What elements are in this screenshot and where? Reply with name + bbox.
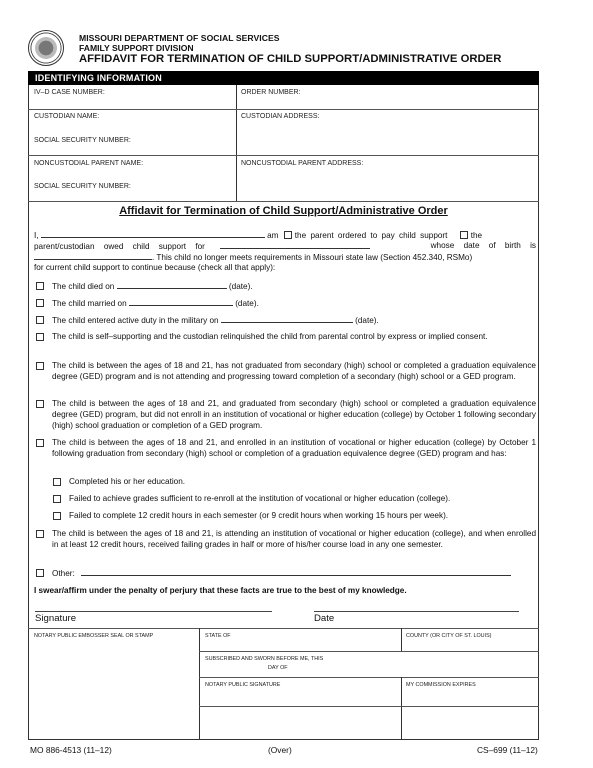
- intro-text: . This child no longer meets requirement…: [152, 253, 472, 262]
- intro-text: whose date of birth is: [431, 240, 536, 251]
- not-graduated-checkbox[interactable]: [36, 362, 44, 370]
- notary-divider: [199, 628, 200, 740]
- signature-label: Signature: [35, 613, 76, 624]
- commission-expires-field[interactable]: MY COMMISSION EXPIRES: [406, 682, 476, 688]
- child-died-checkbox[interactable]: [36, 282, 44, 290]
- divider: [28, 109, 539, 110]
- option-text: The child married on: [52, 299, 127, 308]
- child-dob-field[interactable]: [34, 251, 152, 260]
- noncustodial-name-field[interactable]: NONCUSTODIAL PARENT NAME:: [34, 160, 143, 167]
- other-reason-field[interactable]: [81, 567, 511, 576]
- form-number: MO 886-4513 (11–12): [30, 745, 112, 755]
- child-died-option: The child died on (date).: [52, 280, 253, 292]
- notary-divider: [401, 677, 402, 740]
- failed-grades-option: Failed to achieve grades sufficient to r…: [69, 493, 450, 504]
- other-option: Other:: [52, 567, 511, 579]
- notary-divider: [401, 628, 402, 651]
- notary-signature-field[interactable]: NOTARY PUBLIC SIGNATURE: [205, 682, 280, 688]
- day-of-label: DAY OF: [268, 665, 288, 671]
- division-name: FAMILY SUPPORT DIVISION: [79, 43, 194, 53]
- over-indicator: (Over): [268, 745, 292, 755]
- divider: [199, 706, 539, 707]
- option-text: (date).: [229, 282, 253, 291]
- date-label: Date: [314, 613, 334, 624]
- married-date-field[interactable]: [129, 297, 233, 306]
- not-enrolled-option: The child is between the ages of 18 and …: [52, 398, 536, 431]
- child-name-field[interactable]: [220, 240, 370, 249]
- option-text: (date).: [355, 316, 379, 325]
- parent-pay-checkbox[interactable]: [284, 231, 292, 239]
- not-enrolled-checkbox[interactable]: [36, 400, 44, 408]
- child-military-checkbox[interactable]: [36, 316, 44, 324]
- option-text: The child entered active duty in the mil…: [52, 316, 219, 325]
- date-line[interactable]: [314, 611, 519, 612]
- failing-grades-checkbox[interactable]: [36, 530, 44, 538]
- affiant-name-field[interactable]: [41, 229, 265, 238]
- other-checkbox[interactable]: [36, 569, 44, 577]
- custodian-address-field[interactable]: CUSTODIAN ADDRESS:: [241, 113, 319, 120]
- failed-hours-checkbox[interactable]: [53, 512, 61, 520]
- noncustodial-address-field[interactable]: NONCUSTODIAL PARENT ADDRESS:: [241, 160, 363, 167]
- divider: [199, 677, 539, 678]
- divider: [28, 201, 539, 202]
- self-supporting-option: The child is self–supporting and the cus…: [52, 331, 536, 342]
- parent-pay-label: the parent ordered to pay child support: [295, 231, 448, 240]
- completed-education-checkbox[interactable]: [53, 478, 61, 486]
- intro-text: am: [267, 231, 278, 240]
- not-graduated-option: The child is between the ages of 18 and …: [52, 360, 536, 382]
- enrolled-checkbox[interactable]: [36, 439, 44, 447]
- child-married-option: The child married on (date).: [52, 297, 259, 309]
- form-title: AFFIDAVIT FOR TERMINATION OF CHILD SUPPO…: [79, 53, 501, 65]
- failed-hours-option: Failed to complete 12 credit hours in ea…: [69, 510, 448, 521]
- parent-owed-checkbox[interactable]: [460, 231, 468, 239]
- option-text: The child died on: [52, 282, 114, 291]
- id-column-divider: [236, 85, 237, 201]
- divider: [28, 628, 539, 629]
- notary-seal-field[interactable]: NOTARY PUBLIC EMBOSSER SEAL OR STAMP: [34, 633, 153, 639]
- signature-line[interactable]: [35, 611, 272, 612]
- option-text: (date).: [235, 299, 259, 308]
- county-field[interactable]: COUNTY (OR CITY OF ST. LOUIS): [406, 633, 491, 639]
- intro-text: parent/custodian owed child support for: [34, 242, 205, 251]
- failing-grades-option: The child is between the ages of 18 and …: [52, 528, 536, 550]
- order-number-field[interactable]: ORDER NUMBER:: [241, 89, 301, 96]
- divider: [199, 651, 539, 652]
- intro-text: I,: [34, 231, 39, 240]
- enrolled-option: The child is between the ages of 18 and …: [52, 437, 536, 459]
- completed-education-option: Completed his or her education.: [69, 476, 185, 487]
- sworn-field[interactable]: SUBSCRIBED AND SWORN BEFORE ME, THIS: [205, 656, 323, 662]
- agency-name: MISSOURI DEPARTMENT OF SOCIAL SERVICES: [79, 33, 280, 43]
- state-of-field[interactable]: STATE OF: [205, 633, 231, 639]
- noncustodial-ssn-field[interactable]: SOCIAL SECURITY NUMBER:: [34, 183, 131, 190]
- option-text: Other:: [52, 569, 75, 578]
- oath-statement: I swear/affirm under the penalty of perj…: [34, 585, 407, 596]
- divider: [28, 155, 539, 156]
- custodian-name-field[interactable]: CUSTODIAN NAME:: [34, 113, 99, 120]
- child-military-option: The child entered active duty in the mil…: [52, 314, 379, 326]
- affidavit-title: Affidavit for Termination of Child Suppo…: [28, 205, 539, 217]
- identifying-section-header: IDENTIFYING INFORMATION: [28, 71, 539, 85]
- case-number-field[interactable]: IV–D CASE NUMBER:: [34, 89, 105, 96]
- cs-number: CS–699 (11–12): [477, 745, 538, 755]
- failed-grades-checkbox[interactable]: [53, 495, 61, 503]
- state-seal-icon: [28, 30, 64, 66]
- died-date-field[interactable]: [117, 280, 227, 289]
- custodian-ssn-field[interactable]: SOCIAL SECURITY NUMBER:: [34, 137, 131, 144]
- intro-line-4: for current child support to continue be…: [34, 262, 536, 273]
- child-married-checkbox[interactable]: [36, 299, 44, 307]
- self-supporting-checkbox[interactable]: [36, 333, 44, 341]
- military-date-field[interactable]: [221, 314, 353, 323]
- parent-owed-label: the: [471, 231, 482, 240]
